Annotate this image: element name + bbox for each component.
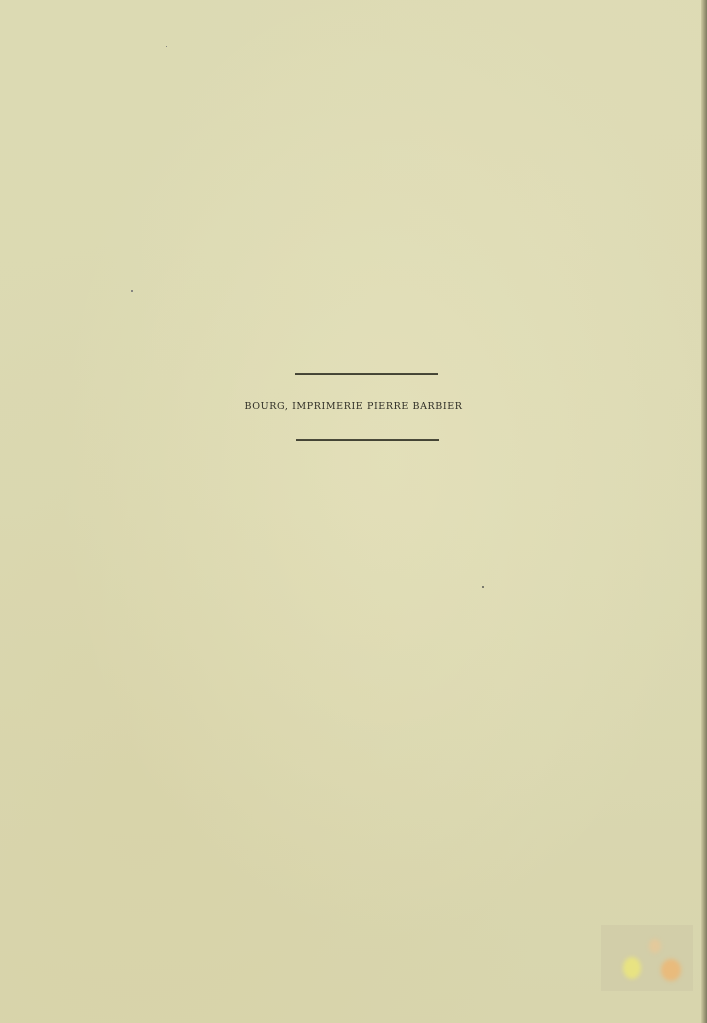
printer-imprint: BOURG, IMPRIMERIE PIERRE BARBIER (0, 401, 707, 413)
paper-speck (482, 586, 484, 588)
imprint-text: BOURG, IMPRIMERIE PIERRE BARBIER (220, 401, 462, 413)
watermark-shape (649, 939, 661, 953)
paper-speck (131, 290, 133, 292)
paper-speck (166, 46, 167, 47)
watermark-shape (661, 959, 681, 981)
scan-watermark-icon (601, 925, 693, 991)
scanned-page: BOURG, IMPRIMERIE PIERRE BARBIER (0, 0, 707, 1023)
bottom-rule-divider (296, 439, 439, 441)
top-rule-divider (295, 373, 438, 375)
watermark-shape (623, 957, 641, 979)
page-edge-shadow (701, 0, 707, 1023)
